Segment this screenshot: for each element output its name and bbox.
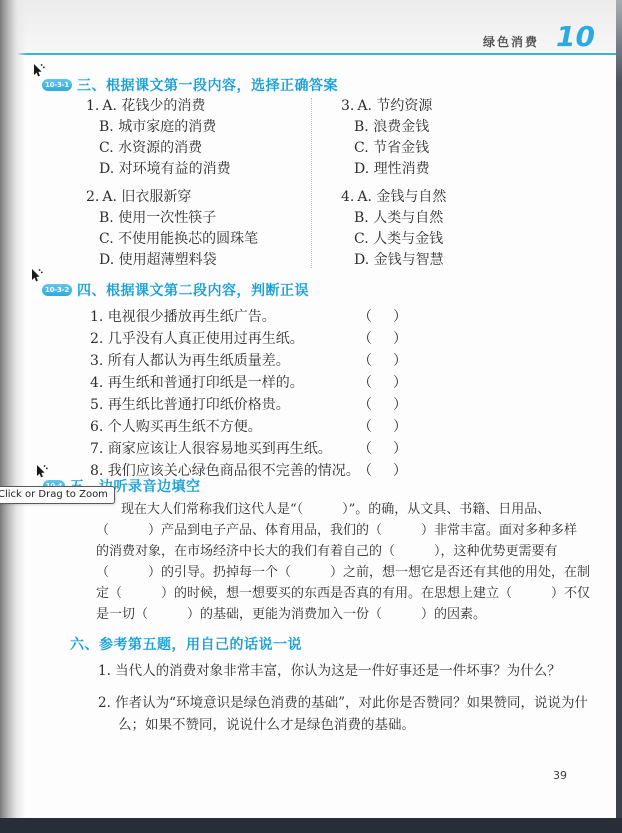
mcq-question-1: 1.A. 花钱少的消费 B. 城市家庭的消费 C. 水资源的消费 D. 对环境有…	[86, 96, 231, 180]
mcq-option: D. 使用超薄塑料袋	[86, 250, 258, 271]
answer-bracket-open: （	[358, 416, 372, 438]
section-three-title: 三、根据课文第一段内容，选择正确答案	[77, 75, 338, 95]
chapter-title: 绿色消费	[483, 33, 539, 50]
answer-bracket-close: ）	[393, 438, 407, 460]
tf-text: 6. 个人购买再生纸不方便。	[90, 419, 262, 435]
discussion-question-2: 2. 作者认为“环境意识是绿色消费的基础”，对此你是否赞同？如果赞同，说说为什么…	[98, 692, 604, 736]
tf-item: 2. 几乎没有人真正使用过再生纸。（）	[90, 328, 520, 350]
mcq-option: C. 节省金钱	[341, 138, 432, 159]
mcq-question-2: 2.A. 旧衣服新穿 B. 使用一次性筷子 C. 不使用能换芯的圆珠笔 D. 使…	[86, 187, 258, 271]
discussion-question-1: 1. 当代人的消费对象非常丰富，你认为这是一件好事还是一件坏事？为什么？	[98, 659, 561, 679]
question-number: 4.	[341, 189, 354, 205]
mcq-line: 4.A. 金钱与自然	[341, 187, 446, 208]
cursor-icon	[33, 63, 45, 77]
fill-line: 是一切（ ）的基础，更能为消费加入一份（ ）的因素。	[96, 604, 582, 625]
tf-item: 4. 再生纸和普通打印纸是一样的。（）	[90, 372, 520, 394]
mcq-option: A. 金钱与自然	[357, 189, 446, 205]
mcq-line: 3.A. 节约资源	[341, 96, 432, 117]
answer-bracket-open: （	[358, 394, 372, 416]
mcq-option: D. 对环境有益的消费	[86, 159, 231, 180]
mcq-option: C. 人类与金钱	[341, 229, 446, 250]
header-rule	[0, 53, 622, 55]
tf-text: 3. 所有人都认为再生纸质量差。	[90, 353, 290, 369]
mcq-option: A. 花钱少的消费	[102, 98, 205, 114]
cursor-icon	[36, 464, 48, 478]
audio-track-badge: 10-3-1	[42, 79, 72, 91]
answer-bracket-close: ）	[393, 328, 407, 350]
mcq-option: C. 水资源的消费	[86, 138, 231, 159]
answer-bracket-open: （	[358, 372, 372, 394]
true-false-list: 1. 电视很少播放再生纸广告。（） 2. 几乎没有人真正使用过再生纸。（） 3.…	[90, 306, 520, 482]
fill-line: 的消费对象，在市场经济中长大的我们有着自己的（ ），这种优势更需要有	[96, 541, 582, 562]
chapter-number: 10	[556, 20, 595, 53]
answer-bracket-close: ）	[393, 416, 407, 438]
question-number: 2.	[86, 189, 99, 205]
mcq-question-4: 4.A. 金钱与自然 B. 人类与自然 C. 人类与金钱 D. 金钱与智慧	[341, 187, 446, 271]
mcq-option: A. 旧衣服新穿	[102, 189, 191, 205]
cursor-icon	[31, 268, 43, 282]
question-number: 3.	[341, 98, 354, 114]
tf-item: 6. 个人购买再生纸不方便。（）	[90, 416, 520, 438]
zoom-tooltip: Click or Drag to Zoom	[0, 486, 115, 504]
tf-text: 2. 几乎没有人真正使用过再生纸。	[90, 331, 304, 347]
mcq-option: B. 城市家庭的消费	[86, 117, 231, 138]
mcq-line: 1.A. 花钱少的消费	[86, 96, 231, 117]
mcq-option: B. 人类与自然	[341, 208, 446, 229]
answer-bracket-close: ）	[393, 306, 407, 328]
question-number: 1.	[86, 98, 99, 114]
tf-item: 5. 再生纸比普通打印纸价格贵。（）	[90, 394, 520, 416]
fill-line: （ ）的引导。扔掉每一个（ ）之前，想一想它是否还有其他的用处，在制	[96, 562, 582, 583]
answer-bracket-open: （	[358, 328, 372, 350]
answer-bracket-open: （	[358, 306, 372, 328]
tf-text: 7. 商家应该让人很容易地买到再生纸。	[90, 441, 332, 457]
fill-line: 现在大人们常称我们这代人是“（ ）”。的确，从文具、书籍、日用品、	[96, 499, 582, 520]
section-six-title: 六、参考第五题，用自己的话说一说	[70, 634, 302, 654]
answer-bracket-close: ）	[393, 372, 407, 394]
page-bottom-bar	[0, 818, 622, 833]
answer-bracket-close: ）	[393, 460, 407, 482]
mcq-option: D. 理性消费	[341, 159, 432, 180]
answer-bracket-open: （	[358, 438, 372, 460]
tf-item: 7. 商家应该让人很容易地买到再生纸。（）	[90, 438, 520, 460]
mcq-line: 2.A. 旧衣服新穿	[86, 187, 258, 208]
tf-text: 4. 再生纸和普通打印纸是一样的。	[90, 375, 304, 391]
tf-item: 3. 所有人都认为再生纸质量差。（）	[90, 350, 520, 372]
audio-track-badge: 10-3-2	[42, 284, 72, 296]
page-number: 39	[553, 769, 567, 782]
tf-item: 1. 电视很少播放再生纸广告。（）	[90, 306, 520, 328]
fill-in-paragraph: 现在大人们常称我们这代人是“（ ）”。的确，从文具、书籍、日用品、 （ ）产品到…	[96, 499, 582, 625]
mcq-option: C. 不使用能换芯的圆珠笔	[86, 229, 258, 250]
tf-text: 1. 电视很少播放再生纸广告。	[90, 309, 276, 325]
section-four-title: 四、根据课文第二段内容，判断正误	[77, 280, 309, 300]
tf-text: 5. 再生纸比普通打印纸价格贵。	[90, 397, 290, 413]
fill-line: （ ）产品到电子产品、体育用品，我们的（ ）非常丰富。面对多种多样	[96, 520, 582, 541]
column-divider	[311, 98, 312, 268]
mcq-question-3: 3.A. 节约资源 B. 浪费金钱 C. 节省金钱 D. 理性消费	[341, 96, 432, 180]
page-right-edge	[616, 0, 622, 833]
mcq-option: A. 节约资源	[357, 98, 432, 114]
answer-bracket-open: （	[358, 460, 372, 482]
mcq-option: B. 浪费金钱	[341, 117, 432, 138]
answer-bracket-open: （	[358, 350, 372, 372]
book-spine-shadow	[0, 0, 26, 833]
answer-bracket-close: ）	[393, 350, 407, 372]
answer-bracket-close: ）	[393, 394, 407, 416]
mcq-option: B. 使用一次性筷子	[86, 208, 258, 229]
fill-line: 定（ ）的时候，想一想要买的东西是否真的有用。在思想上建立（ ）不仅	[96, 583, 582, 604]
mcq-option: D. 金钱与智慧	[341, 250, 446, 271]
textbook-page[interactable]: 绿色消费 10 10-3-1 三、根据课文第一段内容，选择正确答案 1.A. 花…	[0, 0, 622, 833]
